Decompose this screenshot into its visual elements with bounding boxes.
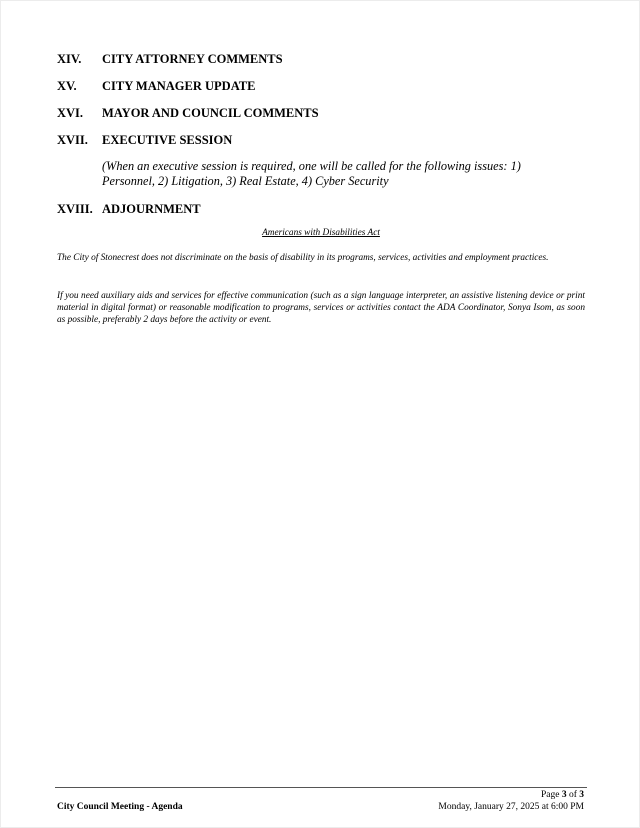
agenda-item-numeral: XVIII. [57,202,102,216]
page-prefix: Page [541,790,562,800]
page-total: 3 [579,790,584,800]
footer-meeting-title: City Council Meeting - Agenda [57,802,183,812]
page-number: Page 3 of 3 [541,790,584,800]
agenda-item-numeral: XV. [57,79,102,93]
page-of: of [567,790,580,800]
agenda-item-title: MAYOR AND COUNCIL COMMENTS [102,106,319,120]
agenda-item-adjournment: XVIII.ADJOURNMENT [57,202,201,216]
executive-session-note: (When an executive session is required, … [102,159,562,189]
agenda-item-title: CITY ATTORNEY COMMENTS [102,52,283,66]
footer-meeting-datetime: Monday, January 27, 2025 at 6:00 PM [438,802,584,812]
agenda-item-numeral: XIV. [57,52,102,66]
agenda-item-city-manager-update: XV.CITY MANAGER UPDATE [57,79,255,93]
agenda-item-numeral: XVII. [57,133,102,147]
ada-nondiscrimination-paragraph: The City of Stonecrest does not discrimi… [57,252,585,264]
ada-accommodation-paragraph: If you need auxiliary aids and services … [57,290,585,326]
agenda-item-title: EXECUTIVE SESSION [102,133,232,147]
ada-heading: Americans with Disabilities Act [1,228,640,238]
footer-divider [55,787,587,788]
agenda-item-title: CITY MANAGER UPDATE [102,79,255,93]
agenda-item-title: ADJOURNMENT [102,202,201,216]
agenda-item-mayor-council-comments: XVI.MAYOR AND COUNCIL COMMENTS [57,106,319,120]
agenda-item-executive-session: XVII.EXECUTIVE SESSION [57,133,232,147]
agenda-page: XIV.CITY ATTORNEY COMMENTS XV.CITY MANAG… [0,0,640,828]
agenda-item-city-attorney-comments: XIV.CITY ATTORNEY COMMENTS [57,52,283,66]
agenda-item-numeral: XVI. [57,106,102,120]
